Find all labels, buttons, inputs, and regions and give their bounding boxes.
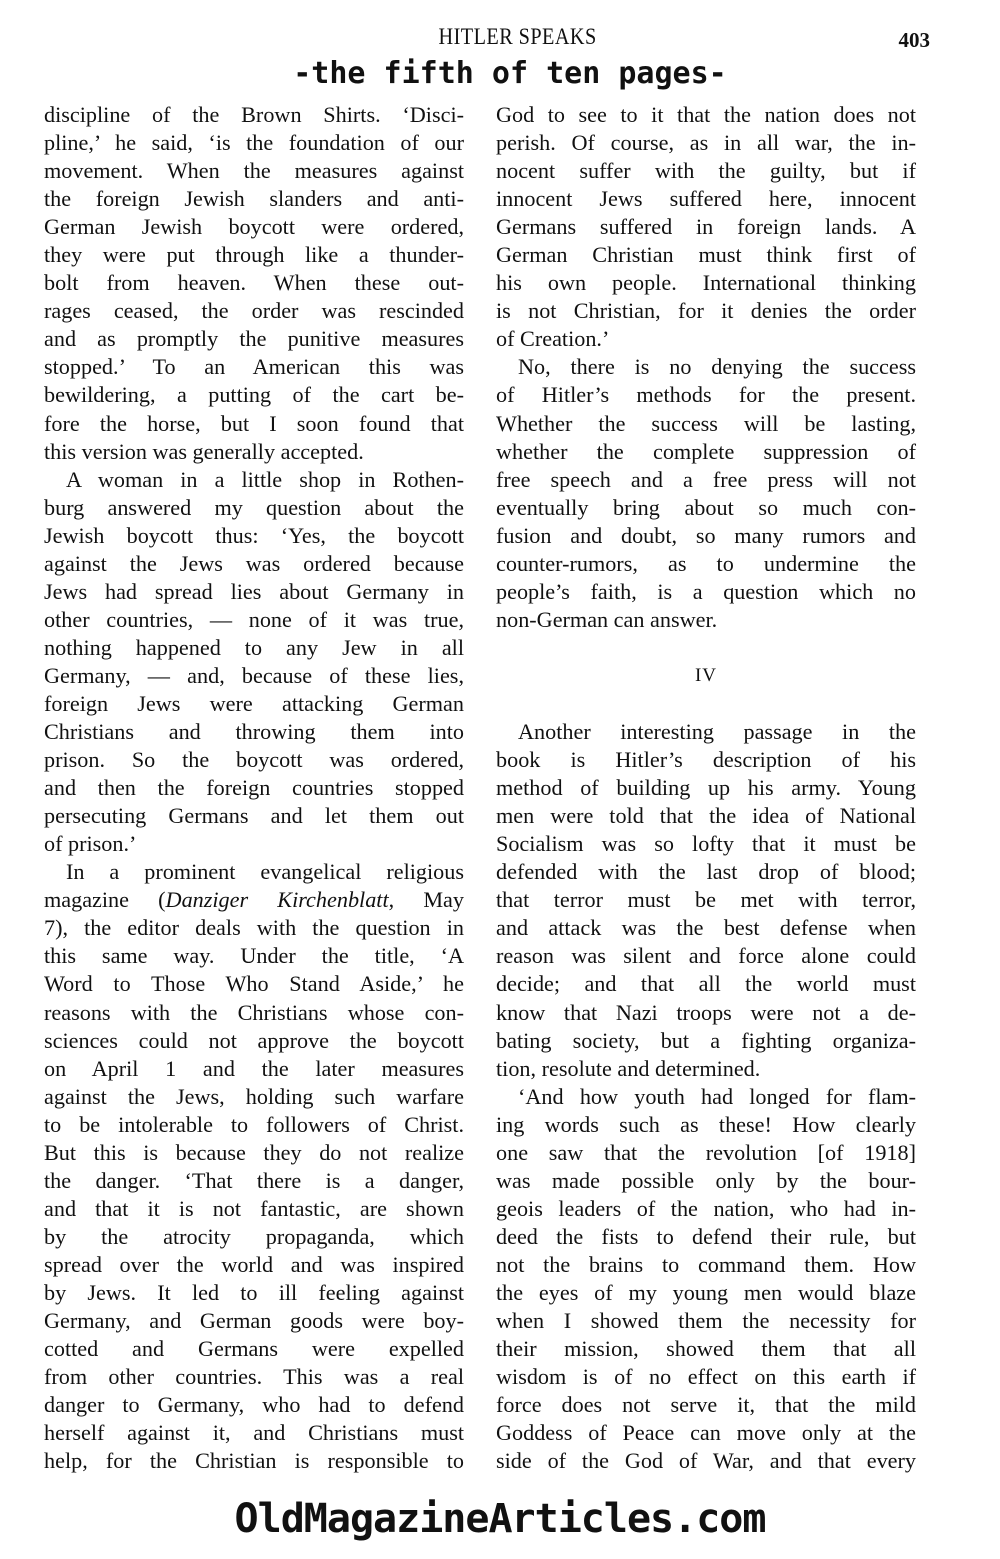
text-line: 7), the editor deals with the question i…	[44, 914, 464, 942]
text-line: fore the horse, but I soon found that	[44, 410, 464, 438]
text-line: reasons with the Christians whose con-	[44, 999, 464, 1027]
text-line: Jews had spread lies about Germany in	[44, 578, 464, 606]
text-line: side of the God of War, and that every	[496, 1447, 916, 1475]
text-line: pline,’ he said, ‘is the foundation of o…	[44, 129, 464, 157]
text-line: bewildering, a putting of the cart be-	[44, 381, 464, 409]
text-line: this same way. Under the title, ‘A	[44, 942, 464, 970]
section-spacer	[496, 690, 916, 718]
page-number: 403	[899, 28, 931, 53]
text-line: Germany, and German goods were boy-	[44, 1307, 464, 1335]
text-line: counter-rumors, as to undermine the	[496, 550, 916, 578]
text-line: Jewish boycott thus: ‘Yes, the boycott	[44, 522, 464, 550]
text-line: perish. Of course, as in all war, the in…	[496, 129, 916, 157]
text-line: geois leaders of the nation, who had in-	[496, 1195, 916, 1223]
running-title: HITLER SPEAKS	[60, 24, 940, 50]
text-line: sciences could not approve the boycott	[44, 1027, 464, 1055]
right-column: God to see to it that the nation does no…	[496, 101, 916, 1475]
text-line: Germans suffered in foreign lands. A	[496, 213, 916, 241]
text-line: people’s faith, is a question which no	[496, 578, 916, 606]
text-line: defended with the last drop of blood;	[496, 858, 916, 886]
text-fragment: , May	[389, 887, 464, 912]
text-line: burg answered my question about the	[44, 494, 464, 522]
text-line: whether the complete suppression of	[496, 438, 916, 466]
text-line: of Creation.’	[496, 325, 916, 353]
text-line: rages ceased, the order was rescinded	[44, 297, 464, 325]
text-line: German Christian must think first of	[496, 241, 916, 269]
section-spacer	[496, 634, 916, 662]
text-line: In a prominent evangelical religious	[44, 858, 464, 886]
text-line: ing words such as these! How clearly	[496, 1111, 916, 1139]
running-header: HITLER SPEAKS 403	[0, 24, 1000, 54]
text-line: men were told that the idea of National	[496, 802, 916, 830]
text-line: and that it is not fantastic, are shown	[44, 1195, 464, 1223]
text-line: and then the foreign countries stopped	[44, 774, 464, 802]
text-line: by Jews. It led to ill feeling against	[44, 1279, 464, 1307]
text-line: know that Nazi troops were not a de-	[496, 999, 916, 1027]
text-line: persecuting Germans and let them out	[44, 802, 464, 830]
text-line: prison. So the boycott was ordered,	[44, 746, 464, 774]
text-line: Another interesting passage in the	[496, 718, 916, 746]
text-line: movement. When the measures against	[44, 157, 464, 185]
text-line: fusion and doubt, so many rumors and	[496, 522, 916, 550]
text-line: German Jewish boycott were ordered,	[44, 213, 464, 241]
text-line: of prison.’	[44, 830, 464, 858]
text-line: non-German can answer.	[496, 606, 916, 634]
text-line: Germany, — and, because of these lies,	[44, 662, 464, 690]
section-numeral: IV	[496, 662, 916, 690]
text-line: not the brains to command them. How	[496, 1251, 916, 1279]
text-line: help, for the Christian is responsible t…	[44, 1447, 464, 1475]
text-line: spread over the world and was inspired	[44, 1251, 464, 1279]
text-line: tion, resolute and determined.	[496, 1055, 916, 1083]
text-line: nothing happened to any Jew in all	[44, 634, 464, 662]
text-line: decide; and that all the world must	[496, 970, 916, 998]
text-line: danger to Germany, who had to defend	[44, 1391, 464, 1419]
text-line: stopped.’ To an American this was	[44, 353, 464, 381]
text-line: wisdom is of no effect on this earth if	[496, 1363, 916, 1391]
text-line: nocent suffer with the guilty, but if	[496, 157, 916, 185]
text-line: they were put through like a thunder-	[44, 241, 464, 269]
text-line: foreign Jews were attacking German	[44, 690, 464, 718]
text-line: that terror must be met with terror,	[496, 886, 916, 914]
text-line: and attack was the best defense when	[496, 914, 916, 942]
text-line: book is Hitler’s description of his	[496, 746, 916, 774]
text-line: one saw that the revolution [of 1918]	[496, 1139, 916, 1167]
text-line: force does not serve it, that the mild	[496, 1391, 916, 1419]
text-line: this version was generally accepted.	[44, 438, 464, 466]
series-page-label: -the fifth of ten pages-	[0, 56, 1000, 91]
text-line: when I showed them the necessity for	[496, 1307, 916, 1335]
text-line: reason was silent and force alone could	[496, 942, 916, 970]
text-line: and as promptly the punitive measures	[44, 325, 464, 353]
text-line: free speech and a free press will not	[496, 466, 916, 494]
text-line: But this is because they do not realize	[44, 1139, 464, 1167]
text-line: to be intolerable to followers of Christ…	[44, 1111, 464, 1139]
text-line: No, there is no denying the success	[496, 353, 916, 381]
site-watermark: OldMagazineArticles.com	[0, 1496, 1000, 1542]
text-line: Goddess of Peace can move only at the	[496, 1419, 916, 1447]
text-line: against the Jews was ordered because	[44, 550, 464, 578]
text-line: magazine (Danziger Kirchenblatt, May	[44, 886, 464, 914]
text-line: God to see to it that the nation does no…	[496, 101, 916, 129]
text-line: was made possible only by the bour-	[496, 1167, 916, 1195]
text-line: cotted and Germans were expelled	[44, 1335, 464, 1363]
text-line: innocent Jews suffered here, innocent	[496, 185, 916, 213]
text-line: method of building up his army. Young	[496, 774, 916, 802]
text-line: discipline of the Brown Shirts. ‘Disci-	[44, 101, 464, 129]
text-line: their mission, showed them that all	[496, 1335, 916, 1363]
text-line: Socialism was so lofty that it must be	[496, 830, 916, 858]
text-fragment: magazine (	[44, 887, 166, 912]
text-line: deed the fists to defend their rule, but	[496, 1223, 916, 1251]
text-line: herself against it, and Christians must	[44, 1419, 464, 1447]
text-line: the foreign Jewish slanders and anti-	[44, 185, 464, 213]
text-line: his own people. International thinking	[496, 269, 916, 297]
text-line: bating society, but a fighting organiza-	[496, 1027, 916, 1055]
text-line: on April 1 and the later measures	[44, 1055, 464, 1083]
text-line: bolt from heaven. When these out-	[44, 269, 464, 297]
text-line: from other countries. This was a real	[44, 1363, 464, 1391]
right-column-after-section: Another interesting passage in thebook i…	[496, 718, 916, 1475]
text-line: against the Jews, holding such warfare	[44, 1083, 464, 1111]
text-line: Christians and throwing them into	[44, 718, 464, 746]
text-line: other countries, — none of it was true,	[44, 606, 464, 634]
text-line: the eyes of my young men would blaze	[496, 1279, 916, 1307]
text-line: Whether the success will be lasting,	[496, 410, 916, 438]
publication-title: Danziger Kirchenblatt	[166, 887, 389, 912]
text-line: is not Christian, for it denies the orde…	[496, 297, 916, 325]
left-column: discipline of the Brown Shirts. ‘Disci-p…	[44, 101, 464, 1475]
text-line: eventually bring about so much con-	[496, 494, 916, 522]
text-line: Word to Those Who Stand Aside,’ he	[44, 970, 464, 998]
text-line: A woman in a little shop in Rothen-	[44, 466, 464, 494]
right-column-before-section: God to see to it that the nation does no…	[496, 101, 916, 634]
text-line: ‘And how youth had longed for flam-	[496, 1083, 916, 1111]
text-line: the danger. ‘That there is a danger,	[44, 1167, 464, 1195]
text-line: by the atrocity propaganda, which	[44, 1223, 464, 1251]
text-line: of Hitler’s methods for the present.	[496, 381, 916, 409]
